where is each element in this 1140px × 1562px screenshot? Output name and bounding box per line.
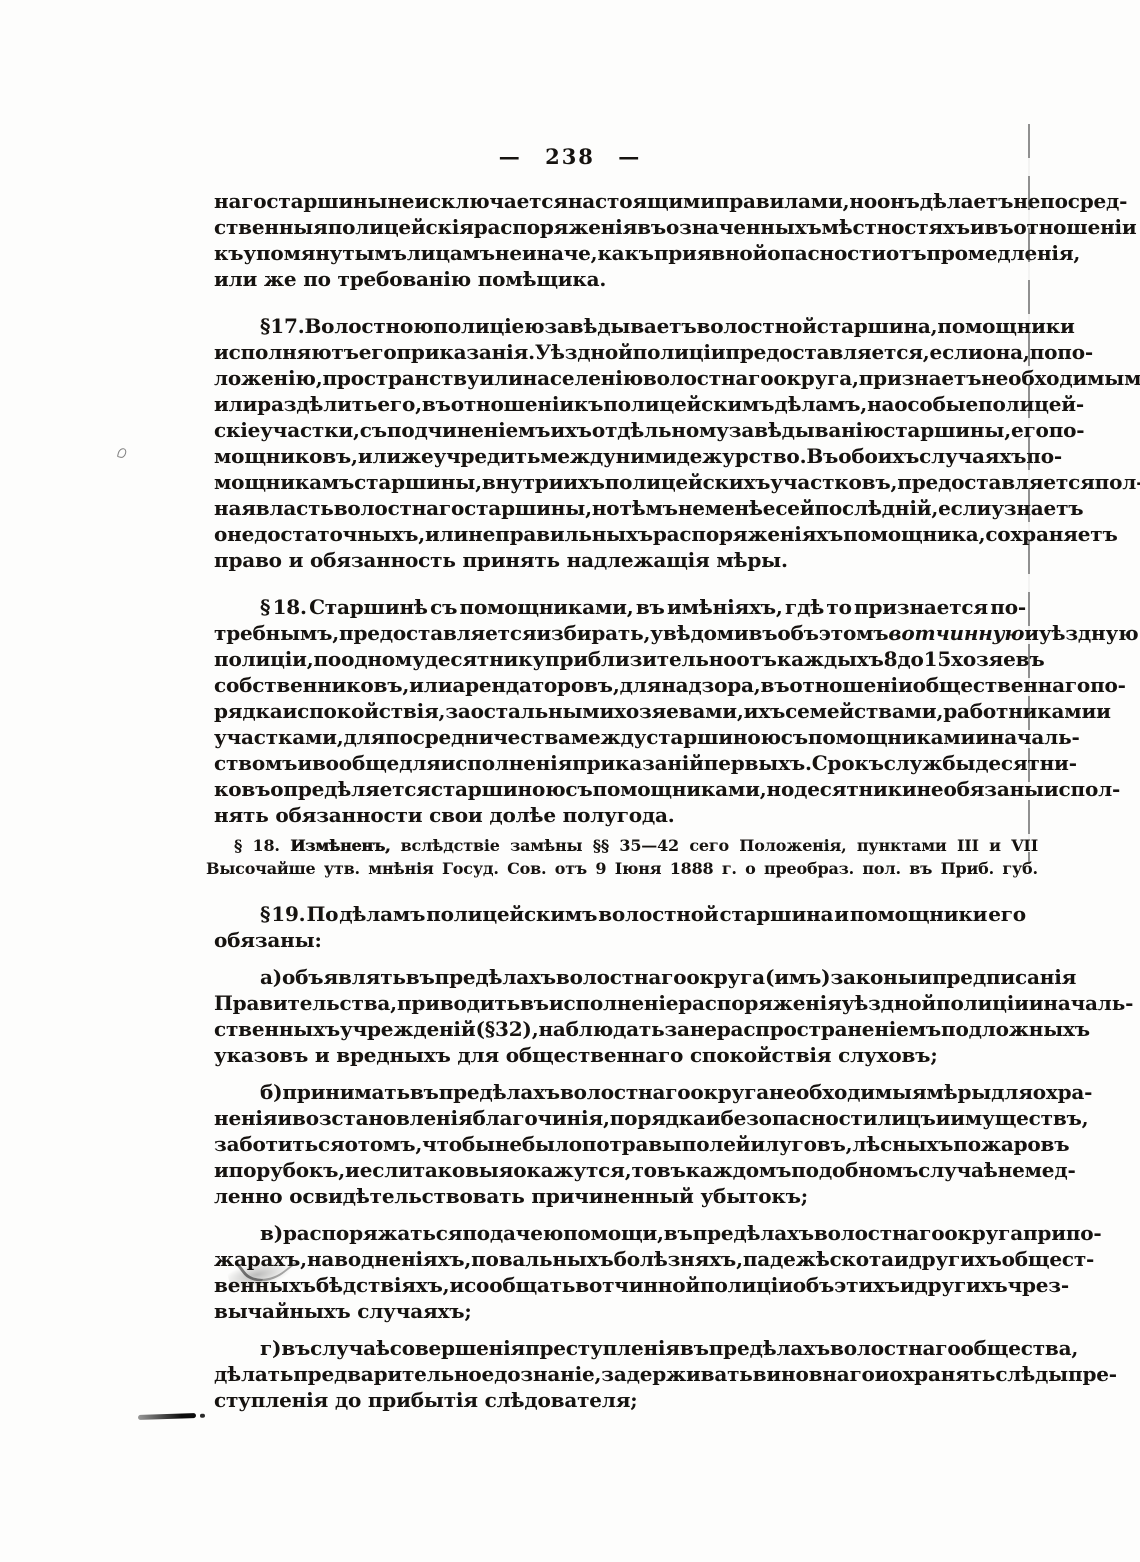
word: По [306, 901, 338, 927]
word: повальныхъ [471, 1246, 613, 1272]
word: по- [1057, 339, 1093, 365]
word: мнѣнія [368, 857, 433, 880]
word: и [834, 901, 849, 927]
para-section-17: §17.Волостноюполиціеюзавѣдываетъволостно… [214, 313, 1026, 573]
word: въ [680, 1335, 709, 1361]
word: неправильныхъ [468, 521, 653, 547]
word: имѣніяхъ, [667, 594, 783, 620]
text-line: илираздѣлитьего,въотношеніикъполицейским… [214, 391, 1026, 417]
word: по [313, 646, 341, 672]
word: Высочайше [206, 857, 316, 880]
word: помощниками [808, 724, 975, 750]
text-line: Высочайшеутв.мнѣніяГосуд.Сов.отъ9Іюня188… [206, 857, 1038, 880]
word: 18. [273, 594, 307, 620]
text-segment: ленно освидѣтельствовать причиненный убы… [214, 1184, 808, 1208]
word: Срокъ [812, 750, 884, 776]
word: волостнаго [830, 1335, 960, 1361]
word: при [1023, 1220, 1066, 1246]
word: семействами, [785, 698, 943, 724]
word: порубокъ, [229, 1157, 345, 1183]
word: въ [520, 990, 549, 1016]
item-b: б)приниматьвъпредѣлахъволостнагоокругане… [214, 1079, 1026, 1209]
word: и [989, 834, 1001, 857]
word: къ [214, 240, 243, 266]
word: посредничества [385, 724, 571, 750]
word: полицей- [978, 391, 1084, 417]
word: одному [341, 646, 425, 672]
word: началь- [990, 724, 1080, 750]
word: не [387, 188, 414, 214]
note-section-18-amendment: §18.Измѣненъ,вслѣдствіезамѣны§§35—42сего… [206, 834, 1038, 880]
word: послѣдній, [814, 495, 938, 521]
word: волостнаго [560, 1079, 690, 1105]
word: этихъ [834, 1272, 900, 1298]
word: Сов. [507, 857, 546, 880]
text-line: ковъопредѣляетсястаршиноюсъпомощниками,н… [214, 776, 1026, 802]
word: подчиненіемъ [387, 417, 550, 443]
word: наводненіяхъ, [307, 1246, 471, 1272]
text-line: право и обязанность принять надлежащія м… [214, 547, 1026, 573]
word: съ [360, 417, 387, 443]
text-line: в)распоряжатьсяподачеюпомощи,въпредѣлахъ… [214, 1220, 1026, 1246]
word: падежѣ [743, 1246, 830, 1272]
word: сообщать [464, 1272, 575, 1298]
word: полиціею [433, 313, 544, 339]
word: въ [761, 672, 790, 698]
word: ложенію, [214, 365, 322, 391]
word: общественнаго [913, 672, 1090, 698]
word: вообще [312, 750, 399, 776]
text-line: §18.Измѣненъ,вслѣдствіезамѣны§§35—42сего… [206, 834, 1038, 857]
word: случаѣ [310, 1335, 390, 1361]
word: и [900, 1272, 915, 1298]
word: задерживать [601, 1361, 752, 1387]
word: безопасности [720, 1105, 877, 1131]
word: если [930, 339, 983, 365]
word: болѣзняхъ, [614, 1246, 743, 1272]
word: общества, [960, 1335, 1078, 1361]
page-number: — 238 — [0, 144, 1140, 169]
word: (имъ) [765, 964, 830, 990]
word: полицейскихъ [605, 469, 771, 495]
word: полиціи [700, 1272, 793, 1298]
word: Измѣненъ, [290, 834, 390, 857]
word: собственниковъ, [214, 672, 409, 698]
word: ихъ [563, 469, 605, 495]
word: порядка [610, 1105, 706, 1131]
word: съ [781, 724, 808, 750]
word: мѣстностяхъ [821, 214, 969, 240]
text-segment: ступленія до прибытія слѣдователя; [214, 1388, 637, 1412]
word: отъ [555, 857, 587, 880]
word: старшиною [646, 724, 781, 750]
text-line: мощниковъ,илижеучредитьмеждунимидежурств… [214, 443, 1026, 469]
word: § [260, 313, 270, 339]
margin-mark-artifact [117, 447, 127, 459]
word: Уѣздной [535, 339, 633, 365]
word: скота [830, 1246, 894, 1272]
word: Положенія, [739, 834, 846, 857]
word: вотчинную [888, 620, 1024, 646]
word: спокойствія, [297, 698, 445, 724]
text-line: ступленія до прибытія слѣдователя; [214, 1387, 1026, 1413]
text-line: заботитьсяотомъ,чтобынебылопотравыполейи… [214, 1131, 1026, 1157]
word: объявлять [282, 964, 406, 990]
word: Старшинѣ [309, 594, 428, 620]
word: въ [664, 1220, 693, 1246]
word: десятники [794, 776, 916, 802]
word: иначе, [522, 240, 598, 266]
word: Госуд. [442, 857, 499, 880]
word: ствомъ [214, 750, 297, 776]
word: полей [682, 1131, 751, 1157]
word: и [345, 1157, 360, 1183]
word: 18. [253, 834, 280, 857]
word: общест- [1002, 1246, 1095, 1272]
word: приводить [397, 990, 520, 1016]
word: отношеніи [789, 672, 912, 698]
word: недостаточныхъ, [227, 521, 425, 547]
word: нераспространеніемъ [690, 1016, 941, 1042]
word: въ [637, 214, 666, 240]
word: власть [256, 495, 334, 521]
scan-edge-line-artifact [1028, 124, 1030, 864]
word: обоихъ [838, 443, 919, 469]
word: округа [686, 964, 765, 990]
word: по- [1049, 417, 1085, 443]
word: помощника, [843, 521, 985, 547]
word: участковъ, [770, 469, 897, 495]
word: дѣлаетъ [920, 188, 1014, 214]
word: въ [281, 1335, 310, 1361]
word: округа [690, 1079, 769, 1105]
word: 9 [595, 857, 606, 880]
word: учредить [434, 443, 541, 469]
word: его, [377, 391, 421, 417]
word: ная [214, 495, 256, 521]
word: утв. [324, 857, 360, 880]
word: 17. [270, 313, 304, 339]
text-line: обязаны: [214, 927, 1026, 953]
word: по [1030, 339, 1058, 365]
word: совершенія [390, 1335, 525, 1361]
word: до [897, 646, 923, 672]
word: полицейскимъ [426, 901, 597, 927]
word: не [495, 240, 522, 266]
word: то [631, 1157, 656, 1183]
word: къ [574, 391, 603, 417]
word: подложныхъ [941, 1016, 1090, 1042]
text-line: мощникамъстаршины,внутриихъполицейскихъу… [214, 469, 1026, 495]
text-line: нагостаршинынеисключаетсянастоящимиправи… [214, 188, 1026, 214]
word: 8 [884, 646, 898, 672]
word: мощниковъ, [214, 443, 358, 469]
word: распоряженія [474, 214, 637, 240]
word: мѣры [926, 1079, 991, 1105]
word: менѣе [705, 495, 776, 521]
word: ихъ [744, 698, 786, 724]
word: внутри [482, 469, 563, 495]
word: вотчинной [575, 1272, 700, 1298]
word: предоставляется [897, 469, 1094, 495]
word: съ [565, 776, 592, 802]
word: лѣсныхъ [852, 1131, 953, 1157]
word: сей [775, 495, 814, 521]
word: опасности [767, 240, 886, 266]
word: охра- [1033, 1079, 1093, 1105]
word: по- [990, 594, 1026, 620]
word: этомъ [819, 620, 889, 646]
word: предписанія [932, 964, 1076, 990]
word: или [214, 391, 257, 417]
para-section-19: §19.Подѣламъполицейскимъволостнойстаршин… [214, 901, 1026, 953]
text-line: онедостаточныхъ,илинеправильныхъраспоряж… [214, 521, 1026, 547]
word: предоставляется, [725, 339, 929, 365]
word: лицамъ [407, 240, 495, 266]
word: пожаровъ [953, 1131, 1069, 1157]
word: она, [983, 339, 1030, 365]
word: учрежденій [340, 1016, 475, 1042]
word: ковъ [214, 776, 270, 802]
word: десятнику [425, 646, 545, 672]
text-segment: вычайныхъ случаяхъ; [214, 1299, 472, 1323]
word: помощи, [563, 1220, 664, 1246]
text-line: ложенію,пространствуилинаселеніюволостна… [214, 365, 1026, 391]
word: и [894, 1246, 909, 1272]
word: требнымъ, [214, 620, 339, 646]
word: имуществъ, [950, 1105, 1088, 1131]
text-line: ипорубокъ,иеслитаковыяокажутся,товъкаждо… [214, 1157, 1026, 1183]
word: случаяхъ [919, 443, 1026, 469]
word: распоряженіяхъ [653, 521, 843, 547]
word: волостнаго [814, 1220, 944, 1246]
word: началь- [1043, 990, 1133, 1016]
word: благочинія, [472, 1105, 609, 1131]
word: если [938, 495, 991, 521]
word: другихъ [909, 1246, 1002, 1272]
word: по- [1090, 672, 1126, 698]
word: VII [1011, 834, 1038, 857]
word: и [970, 214, 985, 240]
text-line: г)въслучаѣсовершеніяпреступленіявъпредѣл… [214, 1335, 1026, 1361]
word: ственныя [214, 214, 328, 240]
word: § [260, 901, 270, 927]
word: полиціи [936, 990, 1029, 1016]
word: же [401, 443, 434, 469]
word: отъ [886, 240, 926, 266]
word: упомянутымъ [243, 240, 406, 266]
word: съ [430, 594, 457, 620]
word: признаетъ [859, 365, 981, 391]
word: въ [985, 214, 1014, 240]
word: отъ [736, 646, 776, 672]
word: участками, [214, 724, 344, 750]
word: б) [260, 1079, 282, 1105]
word: охранять [889, 1361, 995, 1387]
word: предварительное [293, 1361, 494, 1387]
word: для [991, 1079, 1033, 1105]
text-line: §17.Волостноюполиціеюзавѣдываетъволостно… [214, 313, 1026, 339]
word: распоряжаться [283, 1220, 462, 1246]
word: § [234, 834, 242, 857]
word: на [867, 391, 894, 417]
text-line: жарахъ,наводненіяхъ,повальныхъболѣзняхъ,… [214, 1246, 1026, 1272]
word: испол- [1044, 776, 1120, 802]
word: подобномъ [791, 1157, 918, 1183]
word: въ [406, 964, 435, 990]
word: помощниками, [460, 594, 634, 620]
word: помощники [850, 901, 987, 927]
text-line: полиціи,поодномудесятникуприблизительноо… [214, 646, 1026, 672]
word: узнаетъ [991, 495, 1083, 521]
word: завѣдываетъ [544, 313, 696, 339]
word: томъ, [358, 1131, 422, 1157]
word: рядка [214, 698, 283, 724]
word: приказаній [572, 750, 704, 776]
word: 35—42 [619, 834, 679, 857]
word: принимать [282, 1079, 409, 1105]
text-segment: нять обязанности свои долѣе полугода. [214, 803, 675, 827]
word: явной [697, 240, 768, 266]
word: полицейскія [328, 214, 474, 240]
word: приказанія. [396, 339, 534, 365]
word: предѣлахъ [693, 1220, 814, 1246]
word: въ [410, 1079, 439, 1105]
word: возстановленія [292, 1105, 472, 1131]
word: и [1024, 620, 1039, 646]
word: волостнаго [643, 365, 773, 391]
word: его [359, 339, 397, 365]
word: дѣламъ, [774, 391, 867, 417]
word: и [750, 1131, 765, 1157]
word: и [706, 1105, 721, 1131]
word: 15 [924, 646, 951, 672]
word: волостной [697, 313, 817, 339]
word: не [678, 495, 705, 521]
word: но [849, 188, 877, 214]
text-line: Правительства,приводитьвъисполненіераспо… [214, 990, 1026, 1016]
word: случаѣ [918, 1157, 998, 1183]
word: и [449, 1272, 464, 1298]
word: г. [722, 857, 737, 880]
item-a: а)объявлятьвъпредѣлахъволостнагоокруга(и… [214, 964, 1026, 1068]
word: пространству [322, 365, 479, 391]
word: волостной [598, 901, 718, 927]
word: 19. [271, 901, 305, 927]
word: отдѣльному [592, 417, 729, 443]
text-line: вычайныхъ случаяхъ; [214, 1298, 1026, 1324]
word: признается [854, 594, 988, 620]
word: Приб. [941, 857, 994, 880]
word: Іюня [615, 857, 662, 880]
word: и [277, 1105, 292, 1131]
word: избирать, [536, 620, 650, 646]
text-segment: указовъ и вредныхъ для общественнаго спо… [214, 1043, 938, 1067]
word: особые [894, 391, 978, 417]
word: опредѣляется [270, 776, 431, 802]
word: дознаніе, [494, 1361, 601, 1387]
word: гдѣ [785, 594, 824, 620]
item-g: г)въслучаѣсовершеніяпреступленіявъпредѣл… [214, 1335, 1026, 1413]
word: наблюдать [538, 1016, 664, 1042]
word: тѣмъ [619, 495, 677, 521]
word: за [445, 698, 470, 724]
text-line: ственныяполицейскіяраспоряженіявъозначен… [214, 214, 1026, 240]
word: объ [793, 1272, 834, 1298]
word: другихъ [914, 1272, 1007, 1298]
word: его [988, 901, 1026, 927]
word: исполненія [441, 750, 572, 776]
word: г) [260, 1335, 281, 1361]
word: и [917, 964, 932, 990]
word: старшины [266, 188, 387, 214]
word: какъ [597, 240, 653, 266]
word: законы [830, 964, 917, 990]
word: увѣдомивъ [650, 620, 777, 646]
word: слѣды [995, 1361, 1068, 1387]
word: не [916, 776, 943, 802]
word: окажутся, [513, 1157, 631, 1183]
word: необходимыя [769, 1079, 926, 1105]
word: предѣлахъ [439, 1079, 560, 1105]
word: распоряженія [678, 990, 841, 1016]
word: виновнаго [753, 1361, 875, 1387]
word: или [358, 443, 401, 469]
word: уѣздной [842, 990, 936, 1016]
text-segment: или же по требованію помѣщика. [214, 267, 606, 291]
word: участки, [260, 417, 360, 443]
text-line: §18.Старшинѣсъпомощниками,въимѣніяхъ,гдѣ… [214, 594, 1026, 620]
word: предѣлахъ [435, 964, 556, 990]
word: и [1029, 990, 1044, 1016]
word: исключается [414, 188, 568, 214]
word: вслѣдствіе [401, 834, 500, 857]
word: исполняютъ [214, 339, 359, 365]
word: а) [260, 964, 282, 990]
word: для [344, 724, 386, 750]
word: полицейскимъ [603, 391, 774, 417]
word: губ. [1002, 857, 1038, 880]
word: преобраз. [764, 857, 854, 880]
text-line: ственныхъучрежденій(§32),наблюдатьзанера… [214, 1016, 1026, 1042]
word: хозяевами, [614, 698, 744, 724]
text-line: дѣлатьпредварительноедознаніе,задерживат… [214, 1361, 1026, 1387]
word: населенію [523, 365, 643, 391]
text-line: участками,дляпосредничествамеждустаршино… [214, 724, 1026, 750]
word: округа [944, 1220, 1023, 1246]
text-line: наявластьволостнагостаршины,нотѣмънеменѣ… [214, 495, 1026, 521]
word: о [214, 521, 227, 547]
word: 32), [495, 1016, 538, 1042]
text-segment: право и обязанность принять надлежащія м… [214, 548, 788, 572]
text-line: ствомъивообщедляисполненіяприказанійперв… [214, 750, 1026, 776]
text-line: §19.Подѣламъполицейскимъволостнойстаршин… [214, 901, 1026, 927]
word: таковыя [413, 1157, 513, 1183]
word: дѣламъ [339, 901, 425, 927]
word: арендаторовъ, [452, 672, 619, 698]
para-section-18: §18.Старшинѣсъпомощниками,въимѣніяхъ,гдѣ… [214, 594, 1026, 828]
text-line: къупомянутымълицамънеиначе,какъприявнойо… [214, 240, 1026, 266]
word: ственныхъ [214, 1016, 340, 1042]
text-line: неніяивозстановленіяблагочинія,порядкаиб… [214, 1105, 1026, 1131]
word: старшина, [817, 313, 938, 339]
word: Правительства, [214, 990, 397, 1016]
word: промедленія, [926, 240, 1080, 266]
word: мощникамъ [214, 469, 354, 495]
word: потравы [582, 1131, 682, 1157]
word: и [297, 750, 312, 776]
word: сего [689, 834, 729, 857]
